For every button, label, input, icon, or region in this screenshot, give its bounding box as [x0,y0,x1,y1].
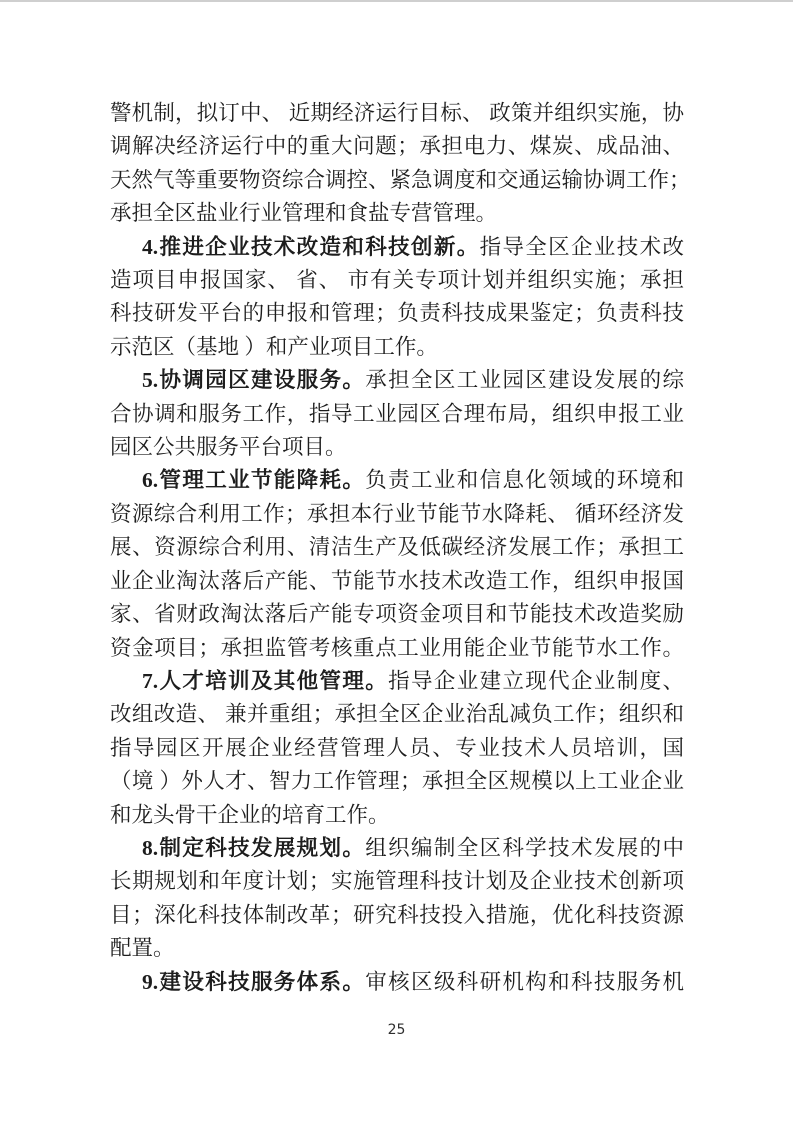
text-line: 业企业淘汰落后产能、节能节水技术改造工作，组织申报国 [110,565,684,598]
text-line: 合协调和服务工作，指导工业园区合理布局，组织申报工业 [110,398,684,431]
item-6-lead: 6.管理工业节能降耗。 [142,468,365,492]
text-line: 9.建设科技服务体系。审核区级科研机构和科技服务机 [110,966,684,999]
item-9-lead: 9.建设科技服务体系。 [142,970,365,994]
text-line: 8.制定科技发展规划。组织编制全区科学技术发展的中 [110,832,684,865]
paragraph-item-4: 4.推进企业技术改造和科技创新。指导全区企业技术改 造项目申报国家、 省、 市有… [110,231,684,365]
text-line: 造项目申报国家、 省、 市有关专项计划并组织实施；承担 [110,264,684,297]
page-top-rule [0,0,793,2]
paragraph-item-6: 6.管理工业节能降耗。负责工业和信息化领域的环境和 资源综合利用工作；承担本行业… [110,464,684,664]
item-5-lead: 5.协调园区建设服务。 [142,368,365,392]
text-line: 7.人才培训及其他管理。指导企业建立现代企业制度、 [110,665,684,698]
text-line: 5.协调园区建设服务。承担全区工业园区建设发展的综 [110,364,684,397]
paragraph-item-7: 7.人才培训及其他管理。指导企业建立现代企业制度、 改组改造、 兼并重组；承担全… [110,665,684,832]
item-4-lead-rest: 指导全区企业技术改 [480,235,684,259]
paragraph-continuation: 警机制，拟订中、 近期经济运行目标、 政策并组织实施，协 调解决经济运行中的重大… [110,97,684,231]
text-line: 展、资源综合利用、清洁生产及低碳经济发展工作；承担工 [110,531,684,564]
text-line: 承担全区盐业行业管理和食盐专营管理。 [110,197,684,230]
text-line: 天然气等重要物资综合调控、紧急调度和交通运输协调工作； [110,164,684,197]
text-line: 调解决经济运行中的重大问题；承担电力、煤炭、成品油、 [110,130,684,163]
text-line: 4.推进企业技术改造和科技创新。指导全区企业技术改 [110,231,684,264]
item-4-lead: 4.推进企业技术改造和科技创新。 [142,235,480,259]
text-line: 目；深化科技体制改革；研究科技投入措施，优化科技资源 [110,899,684,932]
item-8-lead-rest: 组织编制全区科学技术发展的中 [365,836,684,860]
page-number: 25 [0,1022,793,1038]
text-line: 警机制，拟订中、 近期经济运行目标、 政策并组织实施，协 [110,97,684,130]
text-line: （境 ）外人才、智力工作管理；承担全区规模以上工业企业 [110,765,684,798]
document-body: 警机制，拟订中、 近期经济运行目标、 政策并组织实施，协 调解决经济运行中的重大… [110,97,684,999]
paragraph-item-8: 8.制定科技发展规划。组织编制全区科学技术发展的中 长期规划和年度计划；实施管理… [110,832,684,966]
text-line: 指导园区开展企业经营管理人员、专业技术人员培训，国 [110,732,684,765]
text-line: 配置。 [110,932,684,965]
item-7-lead: 7.人才培训及其他管理。 [142,669,388,693]
text-line: 和龙头骨干企业的培育工作。 [110,799,684,832]
text-line: 资金项目；承担监管考核重点工业用能企业节能节水工作。 [110,632,684,665]
item-9-lead-rest: 审核区级科研机构和科技服务机 [365,970,684,994]
item-6-lead-rest: 负责工业和信息化领域的环境和 [365,468,684,492]
text-line: 资源综合利用工作；承担本行业节能节水降耗、 循环经济发 [110,498,684,531]
item-5-lead-rest: 承担全区工业园区建设发展的综 [365,368,684,392]
text-line: 科技研发平台的申报和管理；负责科技成果鉴定；负责科技 [110,297,684,330]
text-line: 家、省财政淘汰落后产能专项资金项目和节能技术改造奖励 [110,598,684,631]
paragraph-item-5: 5.协调园区建设服务。承担全区工业园区建设发展的综 合协调和服务工作，指导工业园… [110,364,684,464]
text-line: 长期规划和年度计划；实施管理科技计划及企业技术创新项 [110,865,684,898]
paragraph-item-9: 9.建设科技服务体系。审核区级科研机构和科技服务机 [110,966,684,999]
item-7-lead-rest: 指导企业建立现代企业制度、 [388,669,684,693]
text-line: 6.管理工业节能降耗。负责工业和信息化领域的环境和 [110,464,684,497]
text-line: 改组改造、 兼并重组；承担全区企业治乱减负工作；组织和 [110,698,684,731]
text-line: 示范区（基地 ）和产业项目工作。 [110,331,684,364]
text-line: 园区公共服务平台项目。 [110,431,684,464]
item-8-lead: 8.制定科技发展规划。 [142,836,365,860]
